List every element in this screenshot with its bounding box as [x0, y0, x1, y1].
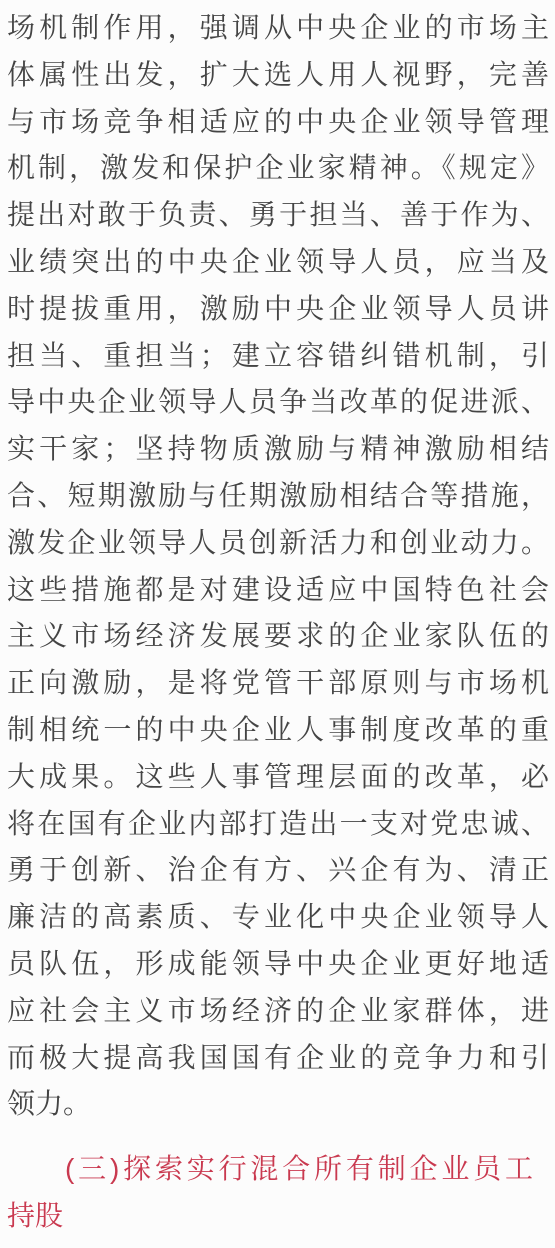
paragraph-line: 合、短期激励与任期激励相结合等措施， [7, 473, 549, 520]
paragraph-line: 激发企业领导人员创新活力和创业动力。 [7, 520, 549, 567]
paragraph-line: 担当、重担当；建立容错纠错机制，引 [7, 333, 549, 380]
paragraph-line: 机制，激发和保护企业家精神。《规定》 [7, 145, 549, 192]
section-heading-line: 持股 [7, 1193, 549, 1240]
paragraph-line: 实干家；坚持物质激励与精神激励相结 [7, 426, 549, 473]
paragraph-line: 廉洁的高素质、专业化中央企业领导人 [7, 894, 549, 941]
paragraph-line: 体属性出发，扩大选人用人视野，完善 [7, 52, 549, 99]
section-heading: (三)探索实行混合所有制企业员工 持股 [7, 1146, 549, 1240]
paragraph-line: 将在国有企业内部打造出一支对党忠诚、 [7, 801, 549, 848]
paragraph-line: 场机制作用，强调从中央企业的市场主 [7, 5, 549, 52]
paragraph-line: 制相统一的中央企业人事制度改革的重 [7, 707, 549, 754]
article-page: 场机制作用，强调从中央企业的市场主 体属性出发，扩大选人用人视野，完善 与市场竞… [0, 0, 555, 1248]
paragraph-body: 场机制作用，强调从中央企业的市场主 体属性出发，扩大选人用人视野，完善 与市场竞… [7, 5, 549, 1128]
paragraph-line: 勇于创新、治企有方、兴企有为、清正 [7, 847, 549, 894]
paragraph-line: 领力。 [7, 1081, 549, 1128]
paragraph-line: 时提拔重用，激励中央企业领导人员讲 [7, 286, 549, 333]
paragraph-line: 大成果。这些人事管理层面的改革，必 [7, 754, 549, 801]
paragraph-line: 提出对敢于负责、勇于担当、善于作为、 [7, 192, 549, 239]
paragraph-line: 正向激励，是将党管干部原则与市场机 [7, 660, 549, 707]
paragraph-line: 与市场竞争相适应的中央企业领导管理 [7, 99, 549, 146]
paragraph-line: 员队伍，形成能领导中央企业更好地适 [7, 941, 549, 988]
paragraph-line: 业绩突出的中央企业领导人员，应当及 [7, 239, 549, 286]
paragraph-line: 应社会主义市场经济的企业家群体，进 [7, 988, 549, 1035]
paragraph-line: 而极大提高我国国有企业的竞争力和引 [7, 1035, 549, 1082]
paragraph-line: 主义市场经济发展要求的企业家队伍的 [7, 613, 549, 660]
paragraph-line: 导中央企业领导人员争当改革的促进派、 [7, 379, 549, 426]
paragraph-line: 这些措施都是对建设适应中国特色社会 [7, 567, 549, 614]
section-heading-line: (三)探索实行混合所有制企业员工 [7, 1146, 549, 1193]
